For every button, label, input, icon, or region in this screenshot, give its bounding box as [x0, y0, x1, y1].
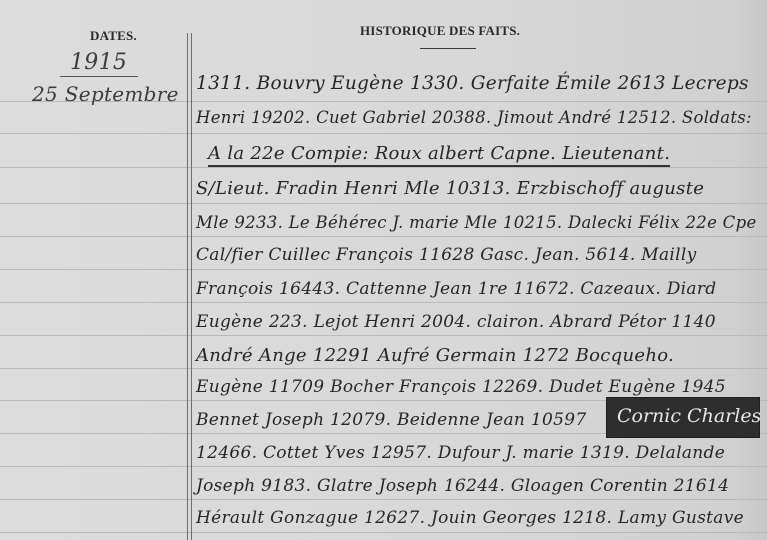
margin-line [187, 33, 188, 540]
entry-line: Eugène 11709 Bocher François 12269. Dude… [196, 377, 726, 397]
highlighted-name-box: Cornic Charles [606, 397, 760, 438]
history-header: HISTORIQUE DES FAITS. [360, 23, 520, 39]
ruled-line [0, 203, 767, 204]
ruled-line [0, 236, 767, 237]
entry-line: François 16443. Cattenne Jean 1re 11672.… [196, 279, 716, 299]
ruled-line [0, 335, 767, 336]
ledger-page: DATES. HISTORIQUE DES FAITS. 1915 25 Sep… [0, 0, 767, 540]
entry-line: André Ange 12291 Aufré Germain 1272 Bocq… [196, 345, 674, 366]
entry-line: Henri 19202. Cuet Gabriel 20388. Jimout … [196, 108, 752, 127]
entry-line: Cal/fier Cuillec François 11628 Gasc. Je… [196, 245, 697, 265]
date-day-month: 25 Septembre [32, 82, 179, 106]
ruled-line [0, 499, 767, 500]
ruled-line [0, 532, 767, 533]
date-year: 1915 [70, 50, 127, 75]
entry-line: Mle 9233. Le Béhérec J. marie Mle 10215.… [196, 213, 757, 232]
highlighted-name: Cornic Charles [617, 405, 761, 427]
date-year-underline [60, 76, 138, 77]
entry-line: Hérault Gonzague 12627. Jouin Georges 12… [196, 508, 744, 528]
dates-header: DATES. [90, 28, 137, 44]
ruled-line [0, 302, 767, 303]
ruled-line [0, 368, 767, 369]
ruled-line [0, 269, 767, 270]
entry-line: Joseph 9183. Glatre Joseph 16244. Gloage… [196, 476, 729, 496]
entry-line: Bennet Joseph 12079. Beidenne Jean 10597 [196, 410, 586, 430]
entry-line-company-heading: A la 22e Compie: Roux albert Capne. Lieu… [208, 143, 670, 167]
ruled-line [0, 133, 767, 134]
margin-line [191, 33, 192, 540]
history-header-underline [420, 48, 476, 49]
ruled-line [0, 167, 767, 168]
entry-line: Eugène 223. Lejot Henri 2004. clairon. A… [196, 312, 716, 332]
entry-line: 1311. Bouvry Eugène 1330. Gerfaite Émile… [196, 73, 749, 94]
entry-line: 12466. Cottet Yves 12957. Dufour J. mari… [196, 443, 725, 463]
entry-line: S/Lieut. Fradin Henri Mle 10313. Erzbisc… [196, 178, 704, 199]
ruled-line [0, 466, 767, 467]
